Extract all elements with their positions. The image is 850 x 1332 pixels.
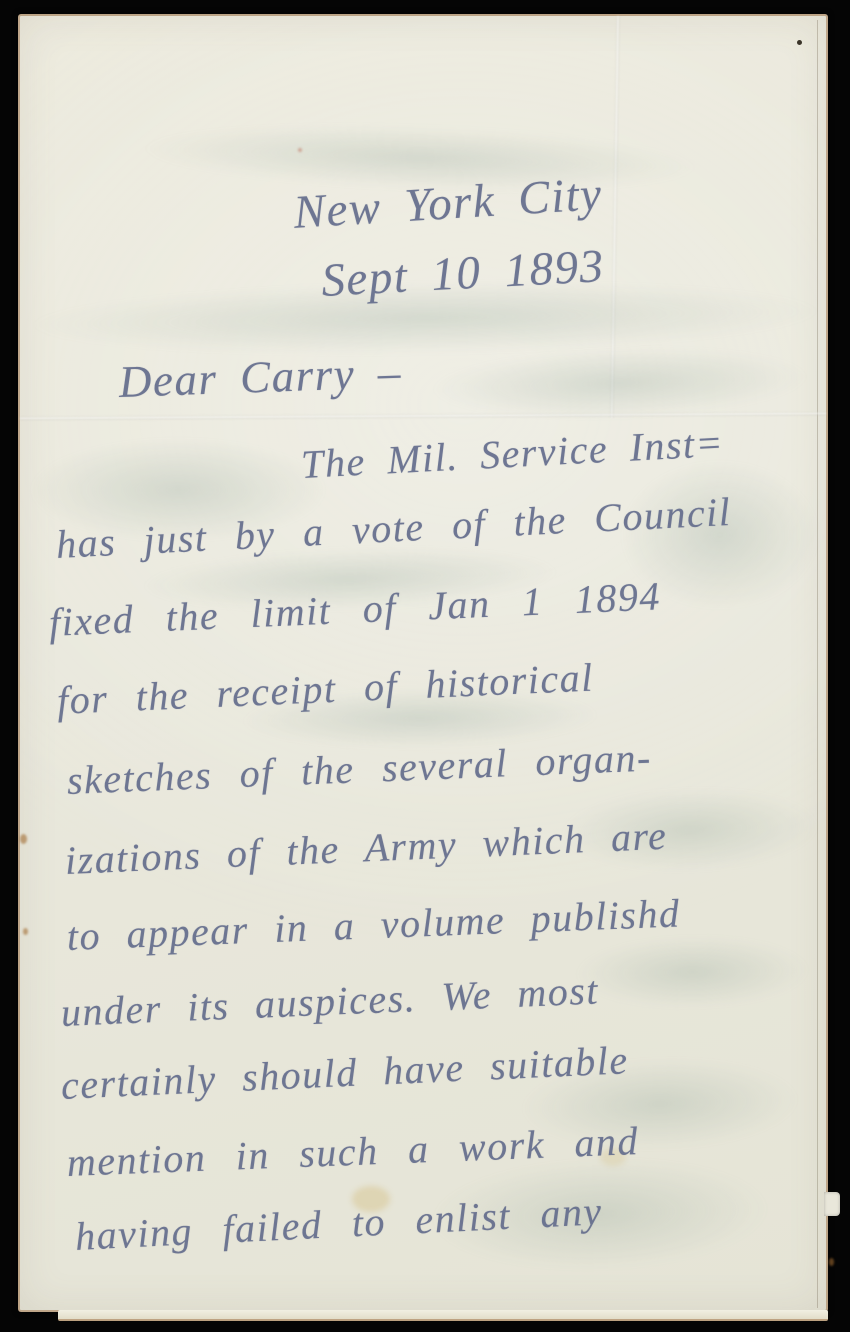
second-sheet-edge	[58, 1310, 828, 1321]
paper-tab	[824, 1192, 840, 1216]
foxing-spot	[829, 1258, 834, 1266]
foxing-spot	[23, 928, 28, 935]
scan-background: New York City Sept 10 1893 Dear Carry – …	[0, 0, 850, 1332]
letter-salutation: Dear Carry –	[118, 346, 403, 408]
foxing-spot	[20, 834, 27, 844]
foxing-spot	[298, 148, 302, 152]
page-inner-edge	[817, 20, 818, 1308]
dust-speck	[797, 40, 802, 45]
